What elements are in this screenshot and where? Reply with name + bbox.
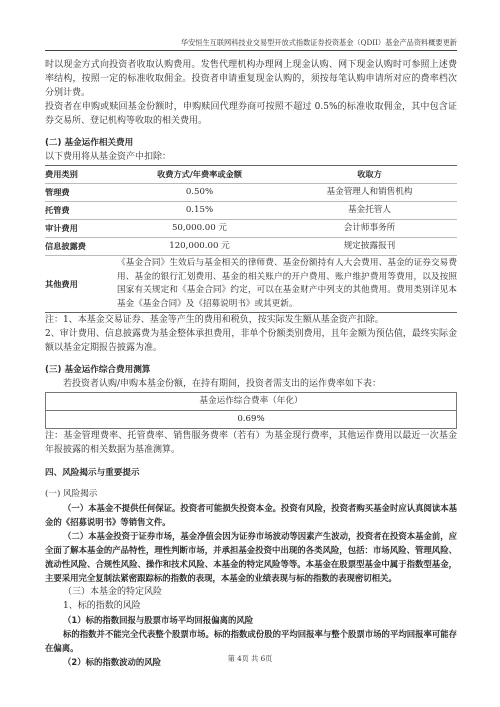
fee-recipient: 基金托管人 [282, 202, 457, 220]
table-row: 托管费 0.15% 基金托管人 [45, 202, 457, 220]
intro-paragraph-2: 投资者在申购或赎回基金份额时，申购赎回代理券商可按照不超过 0.5%的标准收取佣… [45, 100, 457, 128]
fee-category: 审计费用 [45, 220, 117, 238]
page-content: 时以现金方式向投资者收取认购费用。发售代理机构办理网上现金认购、网下现金认购时可… [45, 58, 457, 669]
comprehensive-fee-note: 注：基金管理费率、托管费率、销售服务费率（若有）为基金现行费率，其他运作费用以最… [45, 429, 457, 457]
fee-category: 管理费 [45, 184, 117, 202]
fee-note-2: 2、审计费用、信息披露费为基金整体承担费用，非单个份额类别费用，且年金额为预估值… [45, 327, 457, 355]
table-row: 审计费用 50,000.00 元 会计师事务所 [45, 220, 457, 238]
column-header-amount: 收费方式/年费率或金额 [117, 166, 282, 184]
comprehensive-fee-table: 基金运作综合费率（年化） 0.69% [45, 392, 457, 429]
table-row-other-fees: 其他费用 《基金合同》生效后与基金相关的律师费、基金份额持有人大会费用、基金的证… [45, 256, 457, 313]
intro-paragraph-1: 时以现金方式向投资者收取认购费用。发售代理机构办理网上现金认购、网下现金认购时可… [45, 58, 457, 100]
risk-paragraph-1: （一）本基金不提供任何保证。投资者可能损失投资本金。投资有风险，投资者购买基金时… [45, 501, 457, 529]
risk-paragraph-5: （1）标的指数回报与股票市场平均回报偏离的风险 [45, 613, 457, 627]
comprehensive-fee-value: 0.69% [46, 411, 457, 429]
section-heading-operating-fees: (二) 基金运作相关费用 [45, 137, 457, 150]
table-header-row: 费用类别 收费方式/年费率或金额 收取方 [45, 166, 457, 184]
fee-recipient: 基金管理人和销售机构 [282, 184, 457, 202]
risk-paragraph-3: （三）本基金的特定风险 [45, 585, 457, 599]
fee-note-1: 注：1、本基金交易证券、基金等产生的费用和税负，按实际发生额从基金资产扣除。 [45, 313, 457, 327]
section-heading-risk: 四、风险揭示与重要提示 [45, 467, 457, 480]
other-fees-description: 《基金合同》生效后与基金相关的律师费、基金份额持有人大会费用、基金的证券交易费用… [117, 256, 457, 313]
fee-amount: 0.15% [117, 202, 282, 220]
risk-paragraph-6: 标的指数并不能完全代表整个股票市场。标的指数成份股的平均回报率与整个股票市场的平… [45, 627, 457, 655]
table-row: 管理费 0.50% 基金管理人和销售机构 [45, 184, 457, 202]
subsection-heading-risk-disclosure: (一) 风险揭示 [45, 488, 457, 501]
fee-recipient: 规定披露报刊 [282, 238, 457, 256]
risk-paragraph-4: 1、标的指数的风险 [45, 599, 457, 613]
running-header: 华安恒生互联网科技业交易型开放式指数证券投资基金（QDII）基金产品资料概要更新 [45, 38, 457, 51]
fee-amount: 0.50% [117, 184, 282, 202]
column-header-recipient: 收取方 [282, 166, 457, 184]
fee-amount: 120,000.00 元 [117, 238, 282, 256]
fee-category: 托管费 [45, 202, 117, 220]
comprehensive-fee-lead: 若投资者认购/申购本基金份额，在持有期间，投资者需支出的运作费率如下表： [45, 377, 457, 391]
table-row: 信息披露费 120,000.00 元 规定披露报刊 [45, 238, 457, 256]
fee-category: 其他费用 [45, 256, 117, 313]
page-number: 第 4页 共 6页 [0, 652, 500, 666]
section-heading-comprehensive-fee: (三) 基金运作综合费用测算 [45, 364, 457, 377]
document-page: 华安恒生互联网科技业交易型开放式指数证券投资基金（QDII）基金产品资料概要更新… [0, 0, 500, 707]
operating-fees-table: 费用类别 收费方式/年费率或金额 收取方 管理费 0.50% 基金管理人和销售机… [45, 165, 457, 313]
operating-fees-lead: 以下费用将从基金资产中扣除： [45, 150, 457, 164]
comprehensive-fee-header: 基金运作综合费率（年化） [46, 393, 457, 411]
risk-paragraph-2: （二）本基金投资于证券市场，基金净值会因为证券市场波动等因素产生波动，投资者在投… [45, 529, 457, 585]
fee-amount: 50,000.00 元 [117, 220, 282, 238]
fee-category: 信息披露费 [45, 238, 117, 256]
fee-recipient: 会计师事务所 [282, 220, 457, 238]
column-header-category: 费用类别 [45, 166, 117, 184]
